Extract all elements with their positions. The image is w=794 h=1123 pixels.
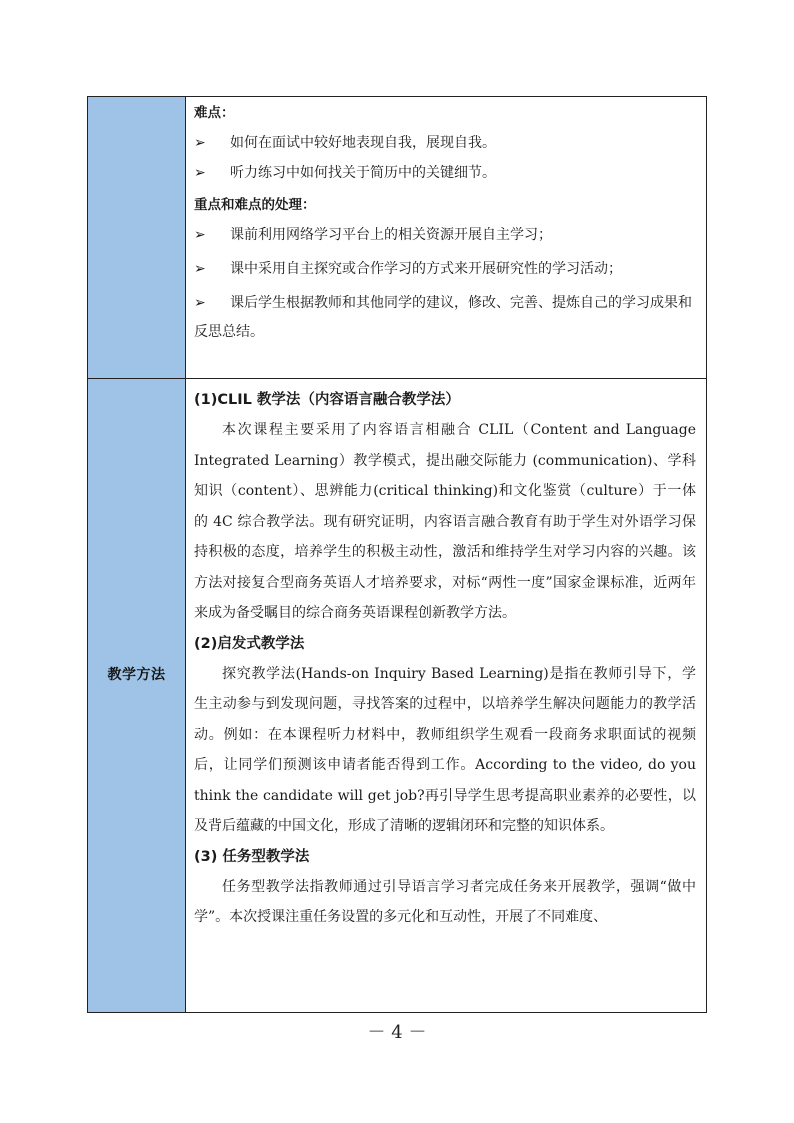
section-body-task-based: 任务型教学法指教师通过引导语言学习者完成任务来开展教学，强调“做中学”。本次授课… xyxy=(194,872,696,933)
lesson-plan-table: 难点： ➢ 如何在面试中较好地表现自我，展现自我。 ➢ 听力练习中如何找关于简历… xyxy=(87,96,707,1013)
row-label: 教学方法 xyxy=(108,664,166,684)
list-item-text: 课后学生根据教师和其他同学的建议，修改、完善、提炼自己的学习成果和反思总结。 xyxy=(194,295,692,340)
list-item-text: 听力练习中如何找关于简历中的关键细节。 xyxy=(230,163,496,183)
list-item: ➢ 课中采用自主探究或合作学习的方式来开展研究性的学习活动； xyxy=(194,259,696,279)
arrow-bullet-icon: ➢ xyxy=(194,225,230,245)
section-body-clil: 本次课程主要采用了内容语言相融合 CLIL（Content and Langua… xyxy=(194,415,696,629)
list-item: ➢ 如何在面试中较好地表现自我，展现自我。 xyxy=(194,133,696,153)
list-item-text: 如何在面试中较好地表现自我，展现自我。 xyxy=(230,133,496,153)
section-heading-task-based: (3) 任务型教学法 xyxy=(194,842,696,872)
list-item: ➢ 听力练习中如何找关于简历中的关键细节。 xyxy=(194,163,696,183)
row-label-cell: 教学方法 xyxy=(88,379,186,1012)
arrow-bullet-icon: ➢ xyxy=(194,259,230,279)
list-item-text: 课中采用自主探究或合作学习的方式来开展研究性的学习活动； xyxy=(230,259,622,279)
section-body-heuristic: 探究教学法(Hands-on Inquiry Based Learning)是指… xyxy=(194,659,696,842)
section-heading-clil: (1)CLIL 教学法（内容语言融合教学法） xyxy=(194,385,696,415)
arrow-bullet-icon: ➢ xyxy=(194,133,230,153)
table-row-difficulties: 难点： ➢ 如何在面试中较好地表现自我，展现自我。 ➢ 听力练习中如何找关于简历… xyxy=(88,97,706,378)
handling-heading: 重点和难点的处理： xyxy=(194,193,696,217)
list-item-text: 课前利用网络学习平台上的相关资源开展自主学习； xyxy=(230,225,552,245)
page-number: － 4 － xyxy=(0,1018,794,1044)
row-content-cell: (1)CLIL 教学法（内容语言融合教学法） 本次课程主要采用了内容语言相融合 … xyxy=(186,379,706,1012)
section-heading-heuristic: (2)启发式教学法 xyxy=(194,629,696,659)
arrow-bullet-icon: ➢ xyxy=(194,163,230,183)
arrow-bullet-icon: ➢ xyxy=(194,289,230,318)
row-label-cell xyxy=(88,97,186,378)
list-item: ➢课后学生根据教师和其他同学的建议，修改、完善、提炼自己的学习成果和反思总结。 xyxy=(194,289,696,347)
difficulties-heading: 难点： xyxy=(194,101,696,125)
table-row-teaching-methods: 教学方法 (1)CLIL 教学法（内容语言融合教学法） 本次课程主要采用了内容语… xyxy=(88,378,706,1012)
list-item: ➢ 课前利用网络学习平台上的相关资源开展自主学习； xyxy=(194,225,696,245)
row-content-cell: 难点： ➢ 如何在面试中较好地表现自我，展现自我。 ➢ 听力练习中如何找关于简历… xyxy=(186,97,706,378)
